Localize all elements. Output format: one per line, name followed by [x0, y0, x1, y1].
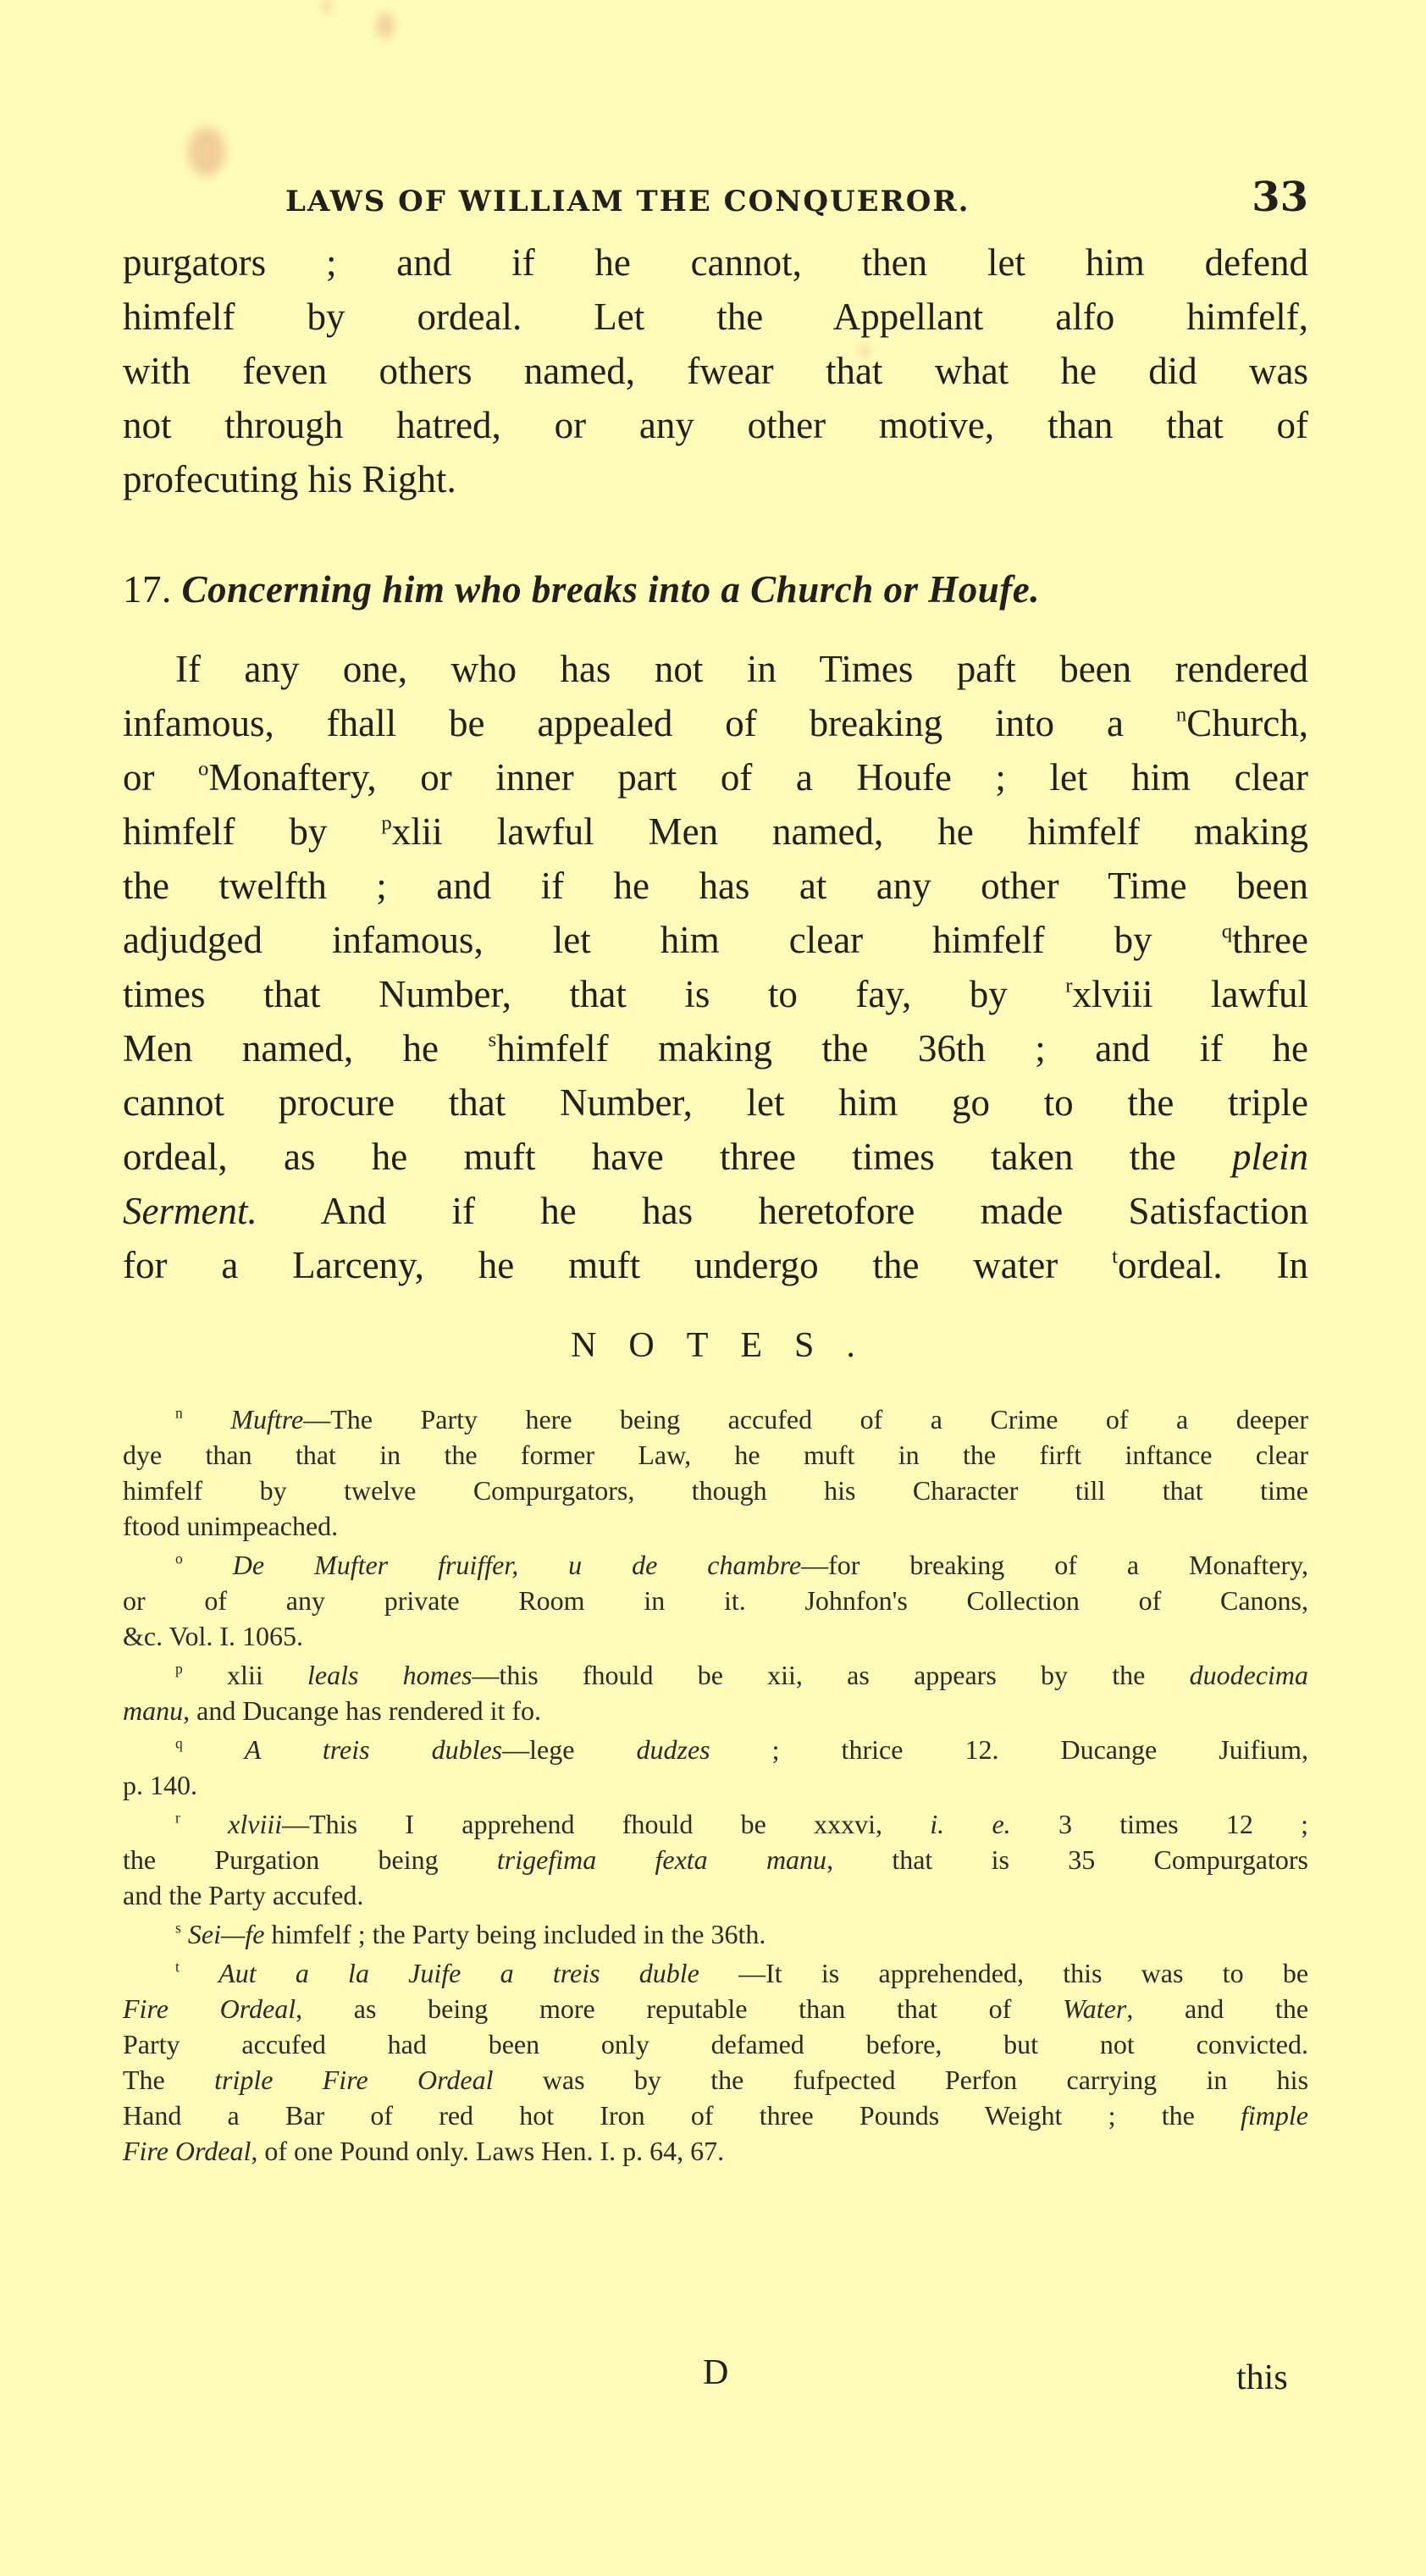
note-line: t Aut a la Juife a treis duble —It is ap…	[123, 1955, 1308, 1991]
italic-term: Serment.	[123, 1190, 257, 1232]
text-line: adjudged infamous, let him clear himfelf…	[123, 913, 1308, 967]
text-line: not through hatred, or any other motive,…	[123, 398, 1308, 452]
text-line: cannot procure that Number, let him go t…	[123, 1075, 1308, 1130]
italic-term: trigefima fexta manu	[497, 1844, 826, 1875]
italic-term: xlviii	[228, 1809, 282, 1839]
note-line: n Muftre—The Party here being accufed of…	[123, 1401, 1308, 1437]
footnote-marker: p	[175, 1661, 183, 1678]
note-line: Hand a Bar of red hot Iron of three Poun…	[123, 2098, 1308, 2133]
italic-term: manu	[123, 1695, 183, 1726]
italic-term: Fire Ordeal	[123, 2136, 251, 2166]
footnote-ref: p	[381, 812, 391, 835]
running-title: LAWS OF WILLIAM THE CONQUEROR.	[285, 185, 970, 218]
italic-term: plein	[1232, 1136, 1308, 1178]
text-line: himfelf by ordeal. Let the Appellant alf…	[123, 290, 1308, 344]
footnote-marker: t	[175, 1959, 180, 1976]
text-line: Serment. And if he has heretofore made S…	[123, 1184, 1308, 1238]
footnote-marker: q	[175, 1735, 183, 1752]
text-line: times that Number, that is to fay, by rx…	[123, 967, 1308, 1021]
text-line: infamous, fhall be appealed of breaking …	[123, 696, 1308, 750]
text-line: himfelf by pxlii lawful Men named, he hi…	[123, 804, 1308, 859]
note-line: dye than that in the former Law, he muft…	[123, 1437, 1308, 1473]
footnote-ref: t	[1112, 1246, 1118, 1269]
italic-term: duodecima	[1190, 1660, 1308, 1690]
italic-term: Aut a la Juife a treis duble	[218, 1958, 699, 1988]
catchword: this	[1236, 2358, 1288, 2398]
footnote-r: r xlviii—This I apprehend fhould be xxxv…	[123, 1806, 1308, 1913]
note-line: and the Party accufed.	[123, 1877, 1308, 1913]
italic-term: Water	[1063, 1993, 1126, 2024]
note-line: q A treis dubles—lege dudzes ; thrice 12…	[123, 1732, 1308, 1767]
italic-term: De Mufter fruiffer, u de chambre	[233, 1550, 801, 1580]
footnote-t: t Aut a la Juife a treis duble —It is ap…	[123, 1955, 1308, 2169]
note-line: himfelf by twelve Compurgators, though h…	[123, 1473, 1308, 1508]
footnote-marker: n	[175, 1405, 183, 1422]
note-line: Fire Ordeal, of one Pound only. Laws Hen…	[123, 2133, 1308, 2169]
page-footer: D this	[0, 2352, 1426, 2403]
italic-term: Muftre	[230, 1404, 303, 1434]
running-head: LAWS OF WILLIAM THE CONQUEROR. 33	[161, 174, 1308, 224]
footnote-marker: r	[175, 1810, 180, 1827]
text-line: with feven others named, fwear that what…	[123, 344, 1308, 398]
note-line: o De Mufter fruiffer, u de chambre—for b…	[123, 1547, 1308, 1583]
paper-stain	[377, 13, 394, 38]
italic-term: A treis dubles	[245, 1734, 502, 1765]
italic-term: dudzes	[636, 1734, 710, 1765]
section-heading: 17. Concerning him who breaks into a Chu…	[123, 567, 1308, 611]
italic-term: triple Fire Ordeal	[214, 2065, 493, 2095]
text-line: If any one, who has not in Times paft be…	[123, 642, 1308, 696]
footnote-ref: o	[198, 758, 208, 781]
note-line: &c. Vol. I. 1065.	[123, 1618, 1308, 1654]
section-paragraph: If any one, who has not in Times paft be…	[123, 642, 1308, 1292]
italic-term: Sei—fe	[188, 1919, 265, 1949]
note-line: Party accufed had been only defamed befo…	[123, 2026, 1308, 2062]
note-line: Fire Ordeal, as being more reputable tha…	[123, 1991, 1308, 2026]
text-line: profecuting his Right.	[123, 452, 1308, 506]
footnote-ref: q	[1222, 920, 1232, 943]
text-line: the twelfth ; and if he has at any other…	[123, 859, 1308, 913]
note-line: p xlii leals homes—this fhould be xii, a…	[123, 1657, 1308, 1693]
text-line: ordeal, as he muft have three times take…	[123, 1130, 1308, 1184]
footnote-s: s Sei—fe himfelf ; the Party being inclu…	[123, 1916, 1308, 1952]
footnote-ref: s	[488, 1029, 496, 1052]
italic-term: fimple	[1241, 2100, 1308, 2131]
note-line: the Purgation being trigefima fexta manu…	[123, 1842, 1308, 1877]
note-line: or of any private Room in it. Johnfon's …	[123, 1583, 1308, 1618]
text-line: for a Larceny, he muft undergo the water…	[123, 1238, 1308, 1292]
paper-stain	[322, 0, 332, 12]
text-line: or oMonaftery, or inner part of a Houfe …	[123, 750, 1308, 804]
notes-list: n Muftre—The Party here being accufed of…	[123, 1401, 1308, 2172]
note-line: p. 140.	[123, 1767, 1308, 1803]
footnote-n: n Muftre—The Party here being accufed of…	[123, 1401, 1308, 1544]
continuation-paragraph: purgators ; and if he cannot, then let h…	[123, 235, 1308, 506]
footnote-q: q A treis dubles—lege dudzes ; thrice 12…	[123, 1732, 1308, 1803]
note-line: s Sei—fe himfelf ; the Party being inclu…	[123, 1916, 1308, 1952]
signature-mark: D	[703, 2352, 728, 2393]
footnote-marker: s	[175, 1920, 181, 1937]
italic-term: leals homes	[307, 1660, 472, 1690]
footnote-ref: n	[1176, 704, 1186, 727]
note-line: The triple Fire Ordeal was by the fufpec…	[123, 2062, 1308, 2098]
section-title: Concerning him who breaks into a Church …	[182, 568, 1041, 611]
page-number: 33	[1252, 174, 1308, 221]
italic-term: i. e.	[930, 1809, 1010, 1839]
footnote-p: p xlii leals homes—this fhould be xii, a…	[123, 1657, 1308, 1728]
text-line: purgators ; and if he cannot, then let h…	[123, 235, 1308, 290]
footnote-o: o De Mufter fruiffer, u de chambre—for b…	[123, 1547, 1308, 1654]
italic-term: Fire Ordeal	[123, 1993, 296, 2024]
note-line: manu, and Ducange has rendered it fo.	[123, 1693, 1308, 1728]
text-line: Men named, he shimfelf making the 36th ;…	[123, 1021, 1308, 1075]
footnote-marker: o	[175, 1551, 183, 1567]
section-number: 17.	[123, 568, 172, 611]
note-line: r xlviii—This I apprehend fhould be xxxv…	[123, 1806, 1308, 1842]
note-line: ftood unimpeached.	[123, 1508, 1308, 1544]
notes-heading: NOTES.	[0, 1325, 1426, 1366]
footnote-ref: r	[1065, 975, 1072, 998]
paper-stain	[188, 127, 225, 176]
